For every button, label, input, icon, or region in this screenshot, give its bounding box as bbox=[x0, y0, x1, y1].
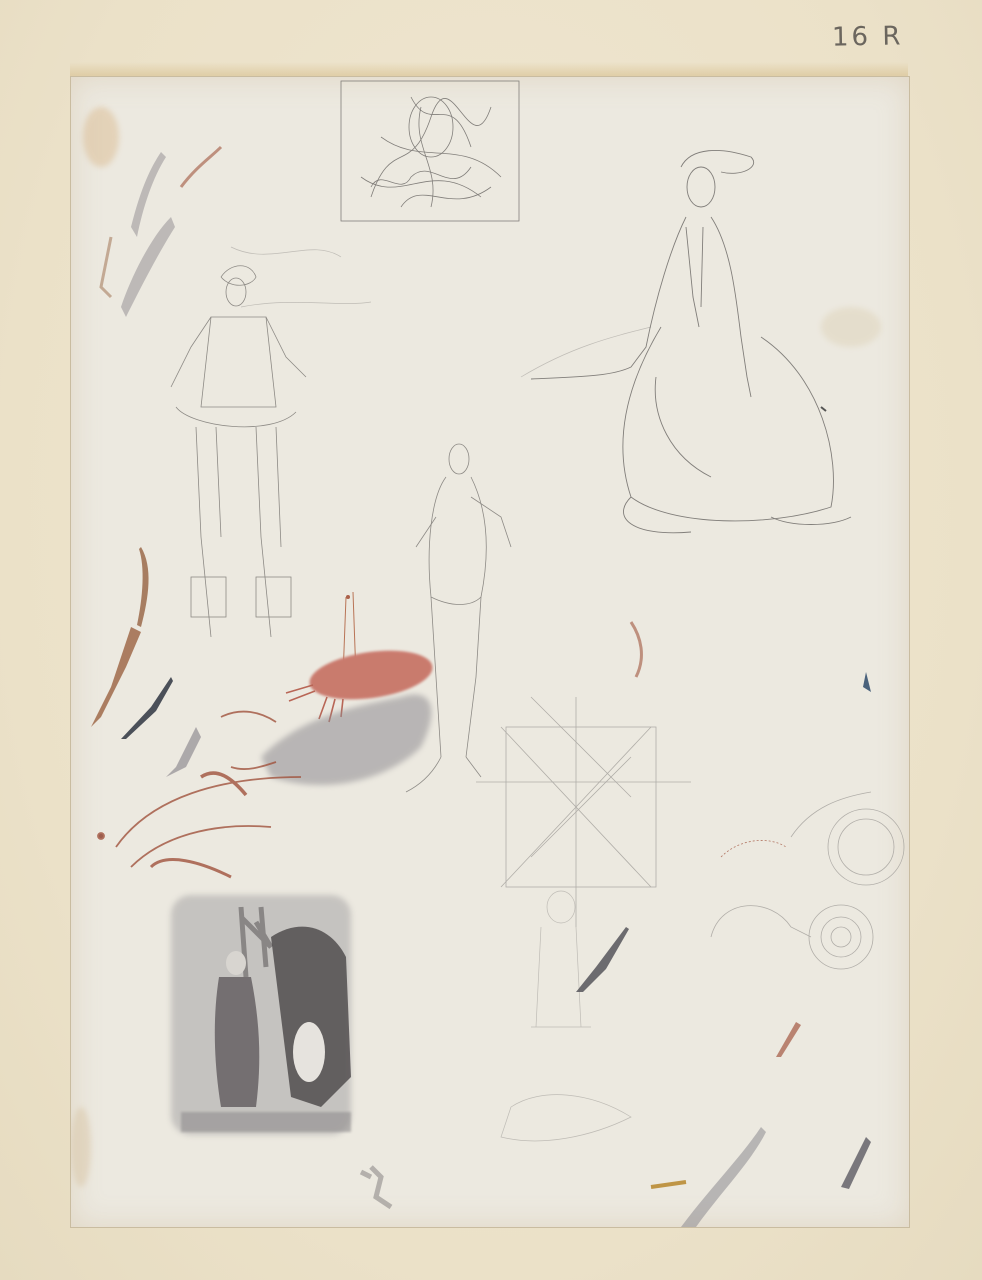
brush-strokes-left bbox=[91, 147, 221, 777]
faint-pencil-lines bbox=[231, 247, 651, 377]
folio-label: 16 R bbox=[832, 21, 904, 52]
framed-sketch-top bbox=[341, 81, 519, 221]
sketch-sheet bbox=[70, 76, 910, 1228]
sketch-artwork bbox=[71, 77, 909, 1227]
wash-vignette bbox=[171, 895, 351, 1135]
woman-in-riding-dress bbox=[531, 150, 851, 532]
grey-wash-patch bbox=[261, 694, 431, 785]
geometric-star-grid bbox=[476, 697, 691, 927]
scattered-brush-strokes bbox=[361, 407, 871, 1227]
ornament-scrolls bbox=[711, 792, 904, 969]
cavalier-figure bbox=[171, 266, 306, 637]
lower-pencil-sketches bbox=[501, 891, 631, 1141]
